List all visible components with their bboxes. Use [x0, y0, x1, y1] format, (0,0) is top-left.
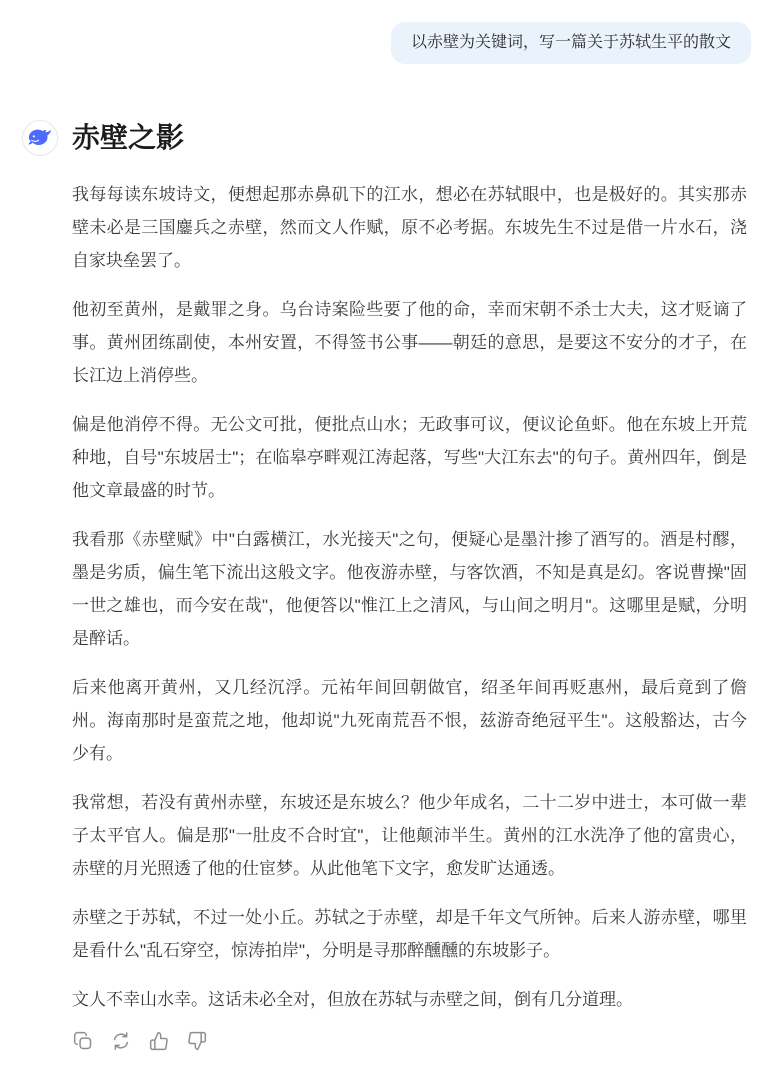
regenerate-button[interactable] [110, 1030, 132, 1052]
user-message-bubble[interactable]: 以赤壁为关键词，写一篇关于苏轼生平的散文 [391, 22, 751, 64]
essay-paragraph-3: 偏是他消停不得。无公文可批，便批点山水；无政事可议，便议论鱼虾。他在东坡上开荒种… [72, 408, 747, 507]
user-message-row: 以赤壁为关键词，写一篇关于苏轼生平的散文 [0, 0, 768, 64]
copy-icon [73, 1031, 93, 1051]
message-actions [72, 1028, 747, 1052]
chat-container: 以赤壁为关键词，写一篇关于苏轼生平的散文 赤壁之影 我每每读东坡诗文，便想起那赤… [0, 0, 768, 1080]
thumbs-down-button[interactable] [186, 1030, 208, 1052]
thumbs-up-button[interactable] [148, 1030, 170, 1052]
deepseek-whale-icon [27, 125, 53, 151]
thumbs-down-icon [187, 1031, 207, 1051]
essay-paragraph-5: 后来他离开黄州，又几经沉浮。元祐年间回朝做官，绍圣年间再贬惠州，最后竟到了儋州。… [72, 671, 747, 770]
essay-paragraph-7: 赤壁之于苏轼，不过一处小丘。苏轼之于赤壁，却是千年文气所钟。后来人游赤壁，哪里是… [72, 901, 747, 967]
essay-paragraph-8: 文人不幸山水幸。这话未必全对，但放在苏轼与赤壁之间，倒有几分道理。 [72, 983, 747, 1016]
copy-button[interactable] [72, 1030, 94, 1052]
essay-paragraph-4: 我看那《赤壁赋》中"白露横江，水光接天"之句，便疑心是墨汁掺了酒写的。酒是村醪，… [72, 523, 747, 655]
essay-paragraph-2: 他初至黄州，是戴罪之身。乌台诗案险些要了他的命，幸而宋朝不杀士大夫，这才贬谪了事… [72, 293, 747, 392]
assistant-content: 赤壁之影 我每每读东坡诗文，便想起那赤鼻矶下的江水，想必在苏轼眼中，也是极好的。… [72, 120, 747, 1052]
assistant-message: 赤壁之影 我每每读东坡诗文，便想起那赤鼻矶下的江水，想必在苏轼眼中，也是极好的。… [0, 64, 768, 1052]
essay-title: 赤壁之影 [72, 118, 747, 158]
thumbs-up-icon [149, 1031, 169, 1051]
essay-paragraph-6: 我常想，若没有黄州赤壁，东坡还是东坡么？他少年成名，二十二岁中进士，本可做一辈子… [72, 786, 747, 885]
refresh-icon [111, 1031, 131, 1051]
chat-page: { "user_message": { "text": "以赤壁为关键词，写一篇… [0, 0, 768, 1080]
assistant-avatar [22, 120, 58, 156]
essay-paragraph-1: 我每每读东坡诗文，便想起那赤鼻矶下的江水，想必在苏轼眼中，也是极好的。其实那赤壁… [72, 178, 747, 277]
